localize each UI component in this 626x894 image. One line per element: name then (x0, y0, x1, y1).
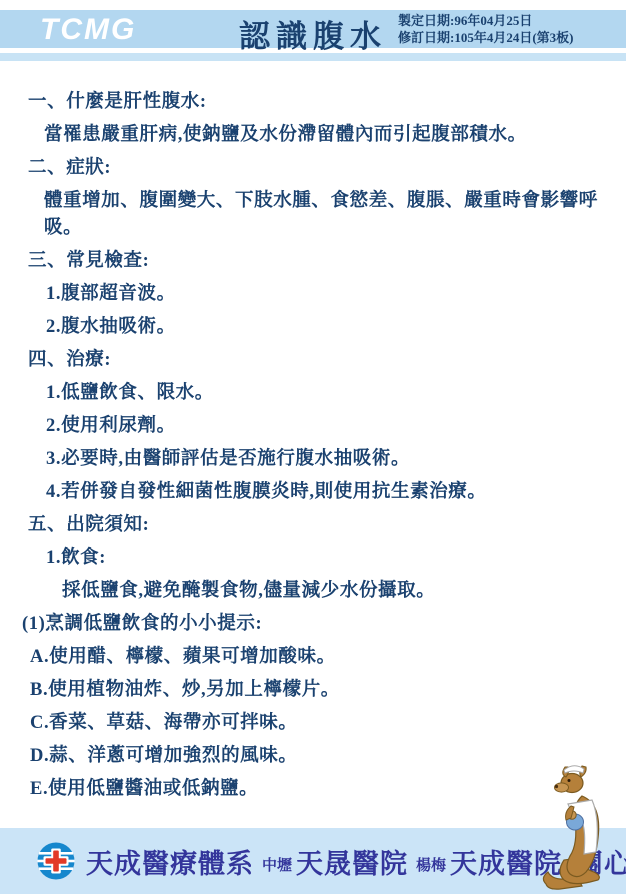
content-line: E.使用低鹽醬油或低鈉鹽。 (0, 776, 626, 803)
content-line: 四、治療: (0, 347, 626, 374)
header-divider (0, 53, 626, 61)
content-line: 1.低鹽飲食、限水。 (0, 380, 626, 407)
created-date: 製定日期:96年04月25日 (398, 12, 618, 29)
document-body: 一、什麼是肝性腹水:當罹患嚴重肝病,使鈉鹽及水份滯留體內而引起腹部積水。二、症狀… (0, 61, 626, 809)
content-line: 1.腹部超音波。 (0, 281, 626, 308)
content-line: 2.使用利尿劑。 (0, 413, 626, 440)
kangaroo-doctor-mascot-icon (538, 760, 620, 892)
content-line: 五、出院須知: (0, 512, 626, 539)
content-line: 當罹患嚴重肝病,使鈉鹽及水份滯留體內而引起腹部積水。 (0, 122, 626, 149)
content-line: 一、什麼是肝性腹水: (0, 89, 626, 116)
content-line: 採低鹽食,避免醃製食物,儘量減少水份攝取。 (0, 578, 626, 605)
content-line: 2.腹水抽吸術。 (0, 314, 626, 341)
footer-branch1-name: 天晟醫院 (296, 842, 408, 881)
content-line: 1.飲食: (0, 545, 626, 572)
hospital-logo-icon (36, 841, 76, 881)
content-line: C.香菜、草菇、海帶亦可拌味。 (0, 710, 626, 737)
document-page: TCMG 認識腹水 製定日期:96年04月25日 修訂日期:105年4月24日(… (0, 0, 626, 894)
content-line: 4.若併發自發性細菌性腹膜炎時,則使用抗生素治療。 (0, 479, 626, 506)
content-line: A.使用醋、檸檬、蘋果可增加酸味。 (0, 644, 626, 671)
content-line: 二、症狀: (0, 155, 626, 182)
revised-date: 修訂日期:105年4月24日(第3板) (398, 29, 618, 46)
footer-system-name: 天成醫療體系 (86, 842, 254, 881)
content-line: (1)烹調低鹽飲食的小小提示: (0, 611, 626, 638)
content-line: 體重增加、腹圍變大、下肢水腫、食慾差、腹脹、嚴重時會影響呼吸。 (0, 188, 626, 242)
header: TCMG 認識腹水 製定日期:96年04月25日 修訂日期:105年4月24日(… (0, 10, 626, 48)
header-dates: 製定日期:96年04月25日 修訂日期:105年4月24日(第3板) (398, 12, 618, 46)
footer-branch2-location: 楊梅 (416, 854, 446, 875)
content-line: B.使用植物油炸、炒,另加上檸檬片。 (0, 677, 626, 704)
content-line: D.蒜、洋蔥可增加強烈的風味。 (0, 743, 626, 770)
content-line: 三、常見檢查: (0, 248, 626, 275)
footer-branch1-location: 中壢 (262, 854, 292, 875)
content-line: 3.必要時,由醫師評估是否施行腹水抽吸術。 (0, 446, 626, 473)
footer: 天成醫療體系 中壢 天晟醫院 楊梅 天成醫院 關心您 (0, 828, 626, 894)
